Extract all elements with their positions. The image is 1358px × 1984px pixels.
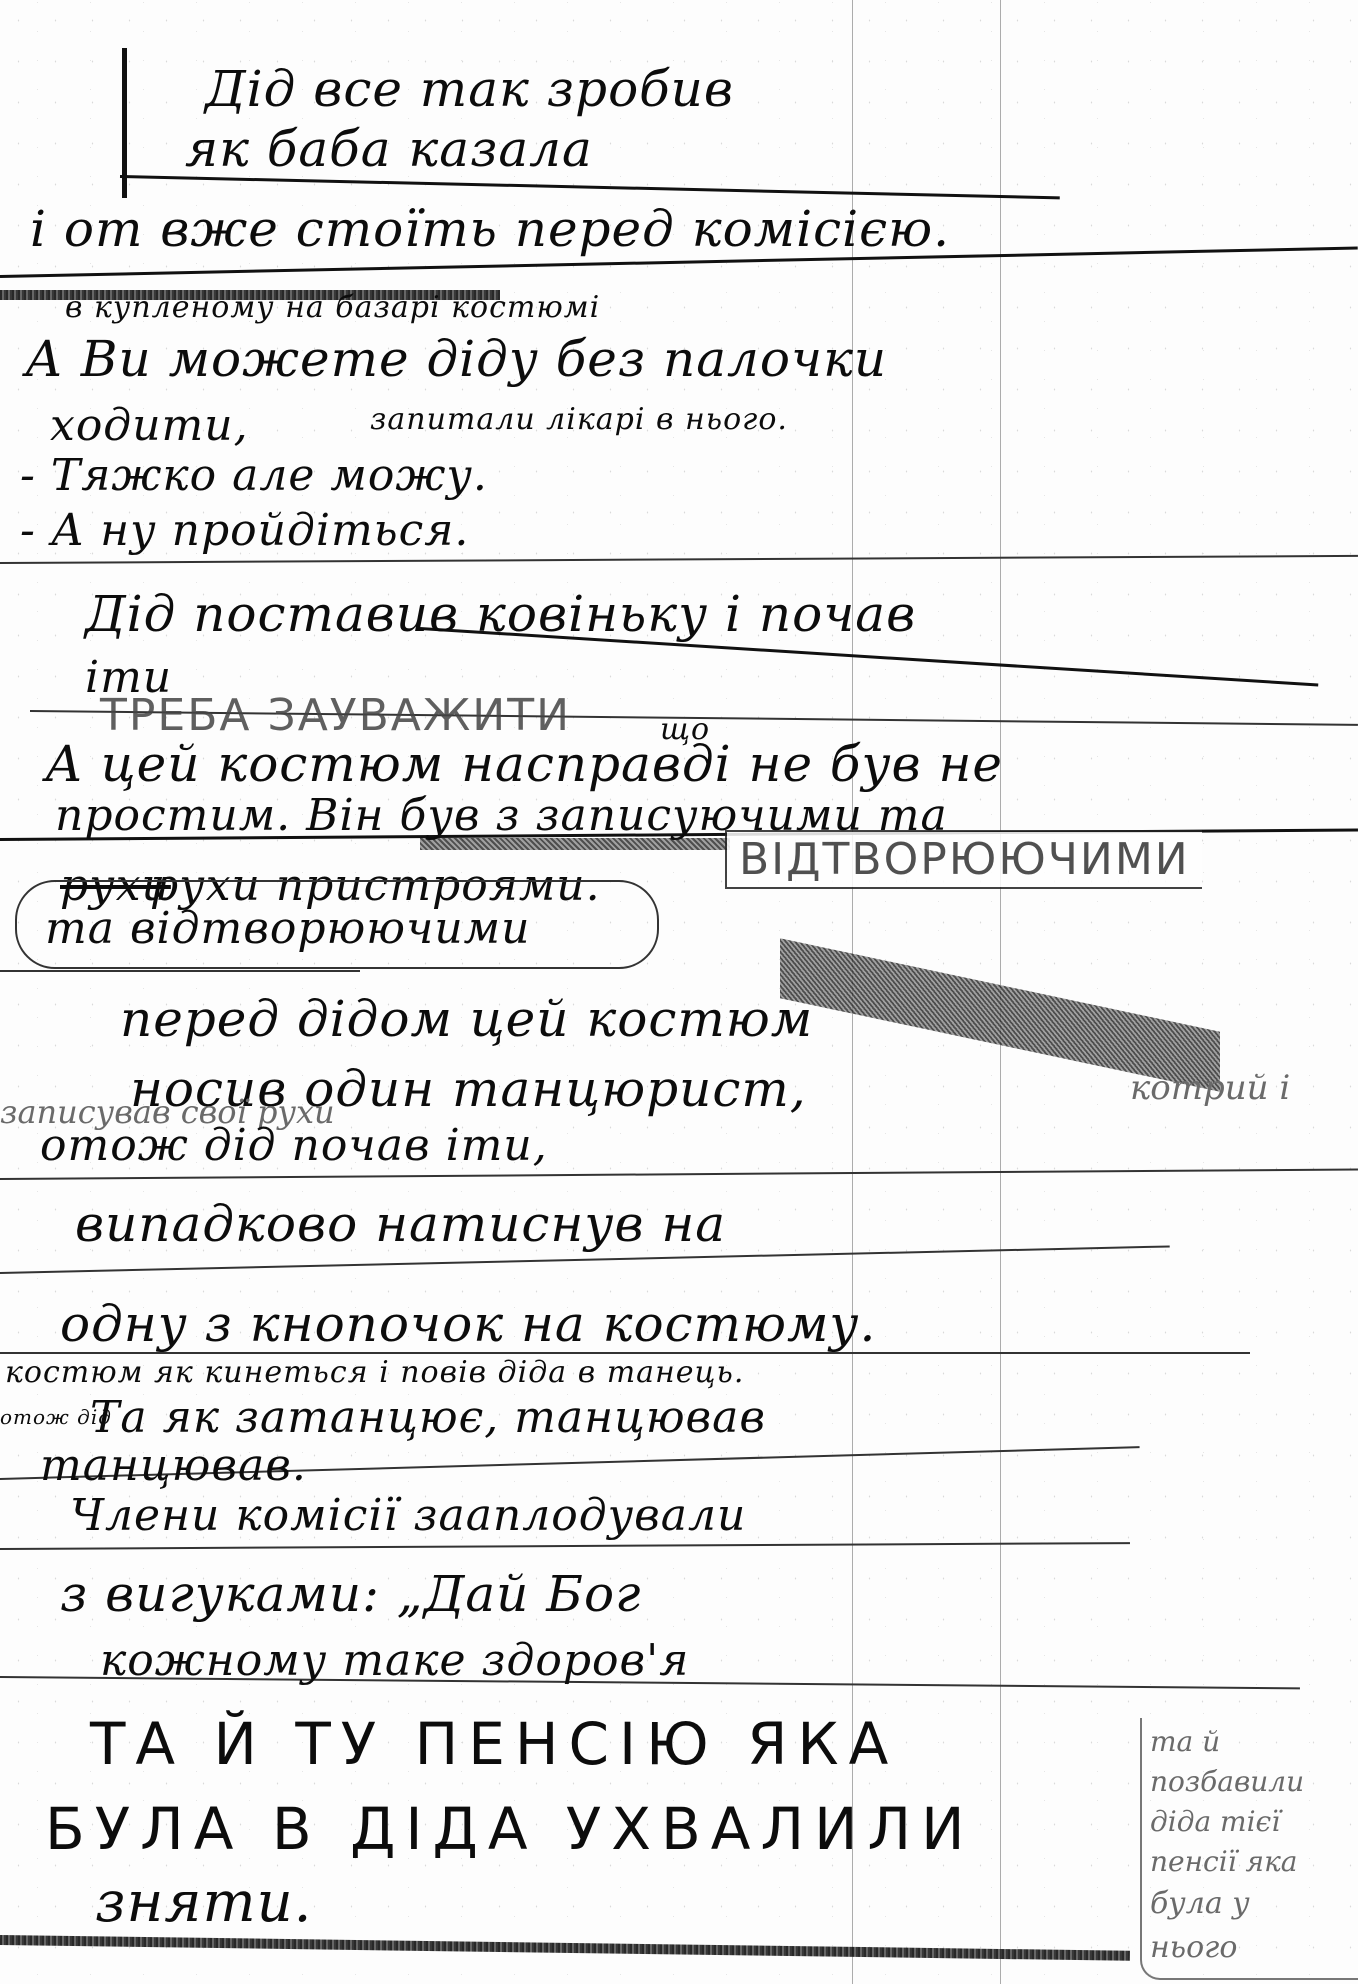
insert-text: в купленому на базарі костюмі xyxy=(65,290,600,325)
pencil-insert: котрий і xyxy=(1130,1068,1290,1108)
insert-text: костюм як кинеться і повів діда в танець… xyxy=(5,1355,744,1390)
margin-note-line: пенсії яка xyxy=(1150,1842,1350,1882)
text-line: Дід поставив ковіньку і почав xyxy=(85,585,916,643)
margin-note: та й позбавили діда тієї пенсії яка була… xyxy=(1150,1722,1350,1970)
text-line: одну з кнопочок на костюму. xyxy=(60,1295,876,1353)
ruled-line xyxy=(120,175,1060,199)
text-line: Дід все так зробив xyxy=(205,60,734,118)
ruled-line xyxy=(0,1935,1130,1961)
text-line: випадково натиснув на xyxy=(75,1195,726,1253)
circled-text: та відтворюючими xyxy=(45,903,531,954)
ruled-line xyxy=(0,1542,1130,1550)
text-line: Члени комісії зааплодували xyxy=(70,1490,746,1541)
text-line: А цей костюм насправді не був не xyxy=(45,735,1003,793)
margin-note-line: та й xyxy=(1150,1722,1350,1762)
text-line: зняти. xyxy=(95,1870,312,1935)
text-line: і от вже стоїть перед комісією. xyxy=(30,200,950,258)
text-line: танцював. xyxy=(40,1440,307,1491)
margin-note-line: позбавили xyxy=(1150,1762,1350,1802)
text-line: з вигуками: „Дай Бог xyxy=(60,1565,641,1623)
ruled-line xyxy=(0,555,1358,564)
text-line: як баба казала xyxy=(185,120,593,178)
text-line: - А ну пройдіться. xyxy=(20,505,469,556)
typed-stamp: ТРЕБА ЗАУВАЖИТИ xyxy=(100,690,571,741)
margin-insert: отож дід xyxy=(0,1405,112,1429)
text-line: ходити, xyxy=(50,400,249,451)
text-line: А Ви можете діду без палочки xyxy=(25,330,887,388)
caps-line: БУЛА В ДІДА УХВАЛИЛИ xyxy=(45,1795,974,1863)
text-line: перед дідом цей костюм xyxy=(120,990,813,1048)
text-line: отож дід почав іти, xyxy=(40,1120,548,1171)
margin-note-line: нього xyxy=(1150,1926,1350,1970)
margin-note-line: була у xyxy=(1150,1882,1350,1926)
margin-note-line: діда тієї xyxy=(1150,1802,1350,1842)
manuscript-page: Дід все так зробив як баба казала і от в… xyxy=(0,0,1358,1984)
ruled-line xyxy=(0,970,360,972)
caps-line: ТА Й ТУ ПЕНСІЮ ЯКА xyxy=(90,1710,898,1778)
text-line: кожному таке здоров'я xyxy=(100,1635,689,1686)
typed-stamp: ВІДТВОРЮЮЧИМИ xyxy=(725,830,1202,889)
text-line: Та як затанцює, танцював xyxy=(90,1392,766,1443)
text-line: - Тяжко але можу. xyxy=(20,450,488,501)
insert-text: запитали лікарі в нього. xyxy=(370,402,788,437)
